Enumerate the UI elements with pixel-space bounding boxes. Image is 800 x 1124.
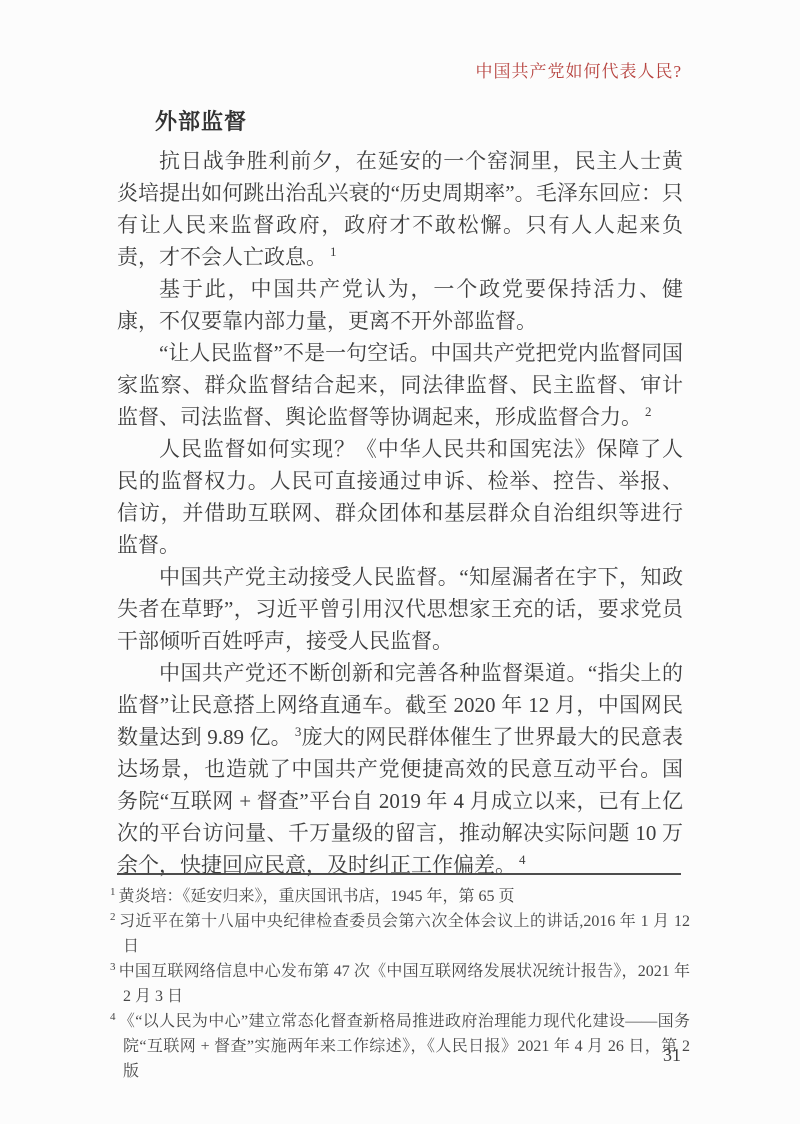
paragraph: 中国共产党还不断创新和完善各种监督渠道。“指尖上的监督”让民意搭上网络直通车。截… [117, 657, 683, 881]
footnote-ref: 1 [330, 244, 337, 259]
paragraph: “让人民监督”不是一句空话。中国共产党把党内监督同国家监察、群众监督结合起来，同… [117, 337, 683, 433]
footnote: 3中国互联网络信息中心发布第 47 次《中国互联网络发展状况统计报告》，2021… [110, 959, 690, 1009]
footnote-separator [117, 873, 681, 875]
footnotes: 1黄炎培：《延安归来》，重庆国讯书店，1945 年，第 65 页2习近平在第十八… [110, 884, 690, 1084]
footnote-number: 3 [110, 961, 116, 973]
body-paragraphs: 抗日战争胜利前夕，在延安的一个窑洞里，民主人士黄炎培提出如何跳出治乱兴衰的“历史… [117, 145, 683, 881]
paragraph: 抗日战争胜利前夕，在延安的一个窑洞里，民主人士黄炎培提出如何跳出治乱兴衰的“历史… [117, 145, 683, 273]
footnote-number: 1 [110, 886, 116, 898]
paragraph: 基于此，中国共产党认为，一个政党要保持活力、健康，不仅要靠内部力量，更离不开外部… [117, 273, 683, 337]
footnote-ref: 2 [645, 404, 652, 419]
footnote-ref: 4 [519, 852, 526, 867]
footnote-number: 2 [110, 911, 116, 923]
paragraph: 人民监督如何实现？《中华人民共和国宪法》保障了人民的监督权力。人民可直接通过申诉… [117, 433, 683, 561]
section-heading: 外部监督 [117, 105, 683, 136]
footnote-ref: 3 [295, 724, 302, 739]
running-head: 中国共产党如何代表人民? [475, 57, 682, 82]
footnote: 2习近平在第十八届中央纪律检查委员会第六次全体会议上的讲话,2016 年 1 月… [110, 909, 690, 959]
footnote-number: 4 [110, 1011, 116, 1023]
footnote: 4《“以人民为中心”建立常态化督查新格局推进政府治理能力现代化建设——国务院“互… [110, 1009, 690, 1084]
book-page: 中国共产党如何代表人民? 外部监督 抗日战争胜利前夕，在延安的一个窑洞里，民主人… [0, 0, 800, 1124]
paragraph: 中国共产党主动接受人民监督。“知屋漏者在宇下，知政失者在草野”，习近平曾引用汉代… [117, 561, 683, 657]
page-content: 外部监督 抗日战争胜利前夕，在延安的一个窑洞里，民主人士黄炎培提出如何跳出治乱兴… [117, 105, 683, 881]
page-number: 31 [663, 1045, 681, 1066]
footnote: 1黄炎培：《延安归来》，重庆国讯书店，1945 年，第 65 页 [110, 884, 690, 909]
